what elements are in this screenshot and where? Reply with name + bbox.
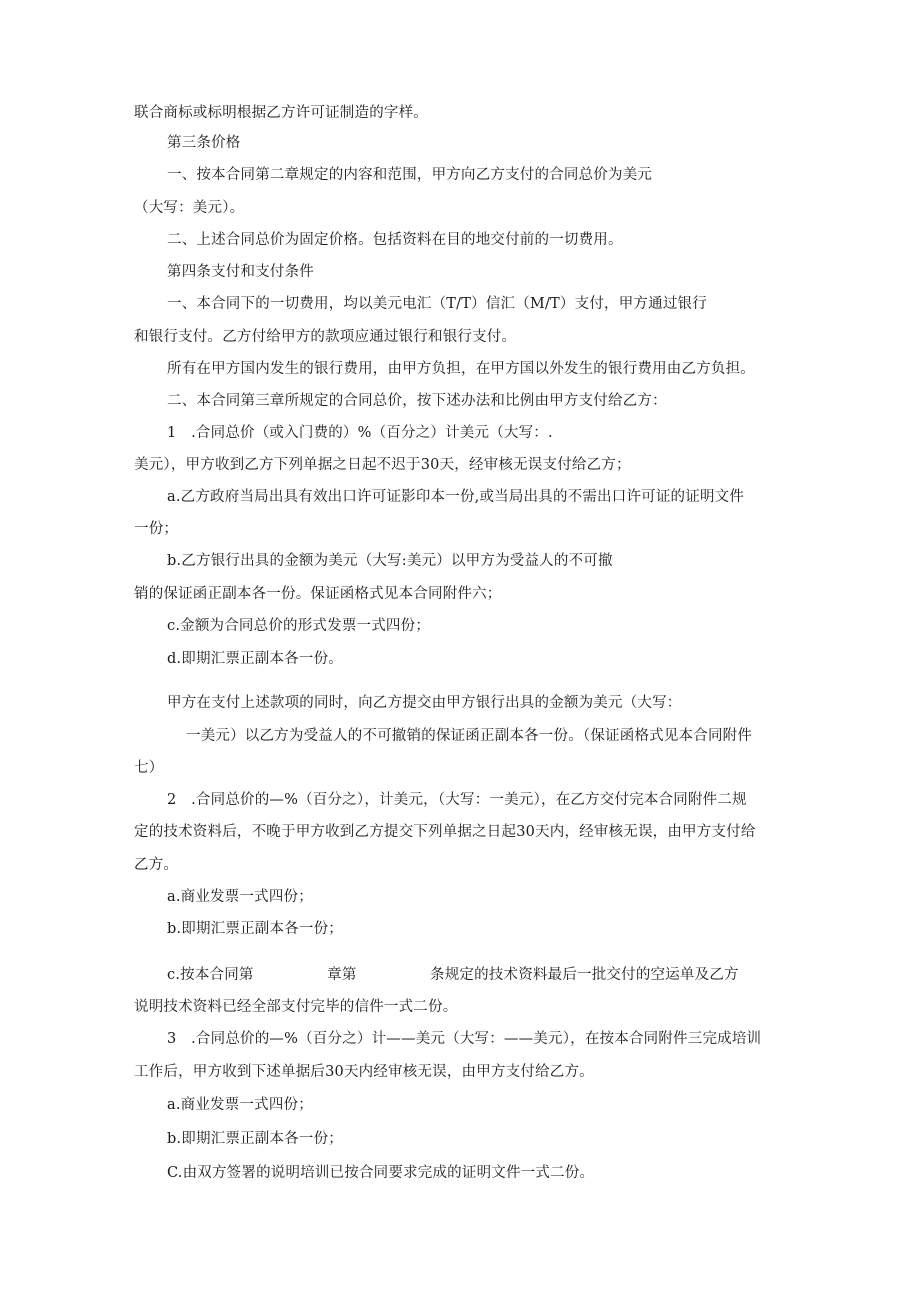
text-line: b.即期汇票正副本各一份；: [167, 920, 343, 938]
text-line: 定的技术资料后，不晚于甲方收到乙方提交下列单据之日起30天内，经审核无误，由甲方…: [134, 823, 756, 841]
text-line: 销的保证函正副本各一份。保证函格式见本合同附件六；: [134, 585, 502, 603]
text-line: 2 .合同总价的—%（百分之），计美元，（大写：一美元），在乙方交付完本合同附件…: [167, 791, 747, 809]
text-line: 一、按本合同第二章规定的内容和范围，甲方向乙方支付的合同总价为美元: [167, 166, 652, 184]
text-line: c.金额为合同总价的形式发票一式四份；: [167, 617, 430, 635]
text-line: 说明技术资料已经全部支付完毕的信件一式二份。: [134, 998, 457, 1016]
text-line: a.商业发票一式四份；: [167, 1096, 313, 1114]
text-line: 所有在甲方国内发生的银行费用，由甲方负担，在甲方国以外发生的银行费用由乙方负担。: [167, 360, 755, 378]
text-line: d.即期汇票正副本各一份。: [167, 650, 343, 668]
text-line: 3 .合同总价的—%（百分之）计——美元（大写：——美元），在按本合同附件三完成…: [167, 1030, 761, 1048]
text-line: 二、本合同第三章所规定的合同总价，按下述办法和比例由甲方支付给乙方：: [167, 392, 667, 410]
text-line: 工作后，甲方收到下述单据后30天内经审核无误，由甲方支付给乙方。: [134, 1063, 594, 1081]
text-line: a.商业发票一式四份；: [167, 888, 313, 906]
text-line: C.由双方签署的说明培训已按合同要求完成的证明文件一式二份。: [167, 1164, 594, 1182]
text-line: 一美元）以乙方为受益人的不可撤销的保证函正副本各一份。（保证函格式见本合同附件: [186, 727, 752, 745]
text-line: 二、上述合同总价为固定价格。包括资料在目的地交付前的一切费用。: [167, 231, 623, 249]
text-line: b.即期汇票正副本各一份；: [167, 1130, 343, 1148]
text-line: 联合商标或标明根据乙方许可证制造的字样。: [134, 104, 428, 122]
text-line: 一份；: [134, 520, 178, 538]
text-line: 一、本合同下的一切费用，均以美元电汇（T/T）信汇（M/T）支付，甲方通过银行: [167, 295, 707, 313]
text-line: b.乙方银行出具的金额为美元（大写:美元）以甲方为受益人的不可撤: [167, 552, 613, 570]
text-line: 七）: [134, 759, 163, 777]
text-line: 1 .合同总价（或入门费的）%（百分之）计美元（大写：.: [167, 424, 553, 442]
section-heading-article-3-price: 第三条价格: [167, 134, 241, 152]
section-heading-article-4-payment: 第四条支付和支付条件: [167, 263, 314, 281]
text-line: （大写：美元）。: [134, 199, 244, 217]
text-line: 和银行支付。乙方付给甲方的款项应通过银行和银行支付。: [134, 328, 516, 346]
text-line: 美元），甲方收到乙方下列单据之日起不迟于30天，经审核无误支付给乙方；: [134, 456, 631, 474]
text-line: c.按本合同第 章第 条规定的技术资料最后一批交付的空运单及乙方: [167, 966, 739, 984]
text-line: 甲方在支付上述款项的同时，向乙方提交由甲方银行出具的金额为美元（大写：: [167, 694, 682, 712]
text-line: a.乙方政府当局出具有效出口许可证影印本一份,或当局出具的不需出口许可证的证明文…: [167, 488, 744, 506]
document-page: 联合商标或标明根据乙方许可证制造的字样。 第三条价格 一、按本合同第二章规定的内…: [0, 0, 920, 1301]
text-line: 乙方。: [134, 856, 178, 874]
